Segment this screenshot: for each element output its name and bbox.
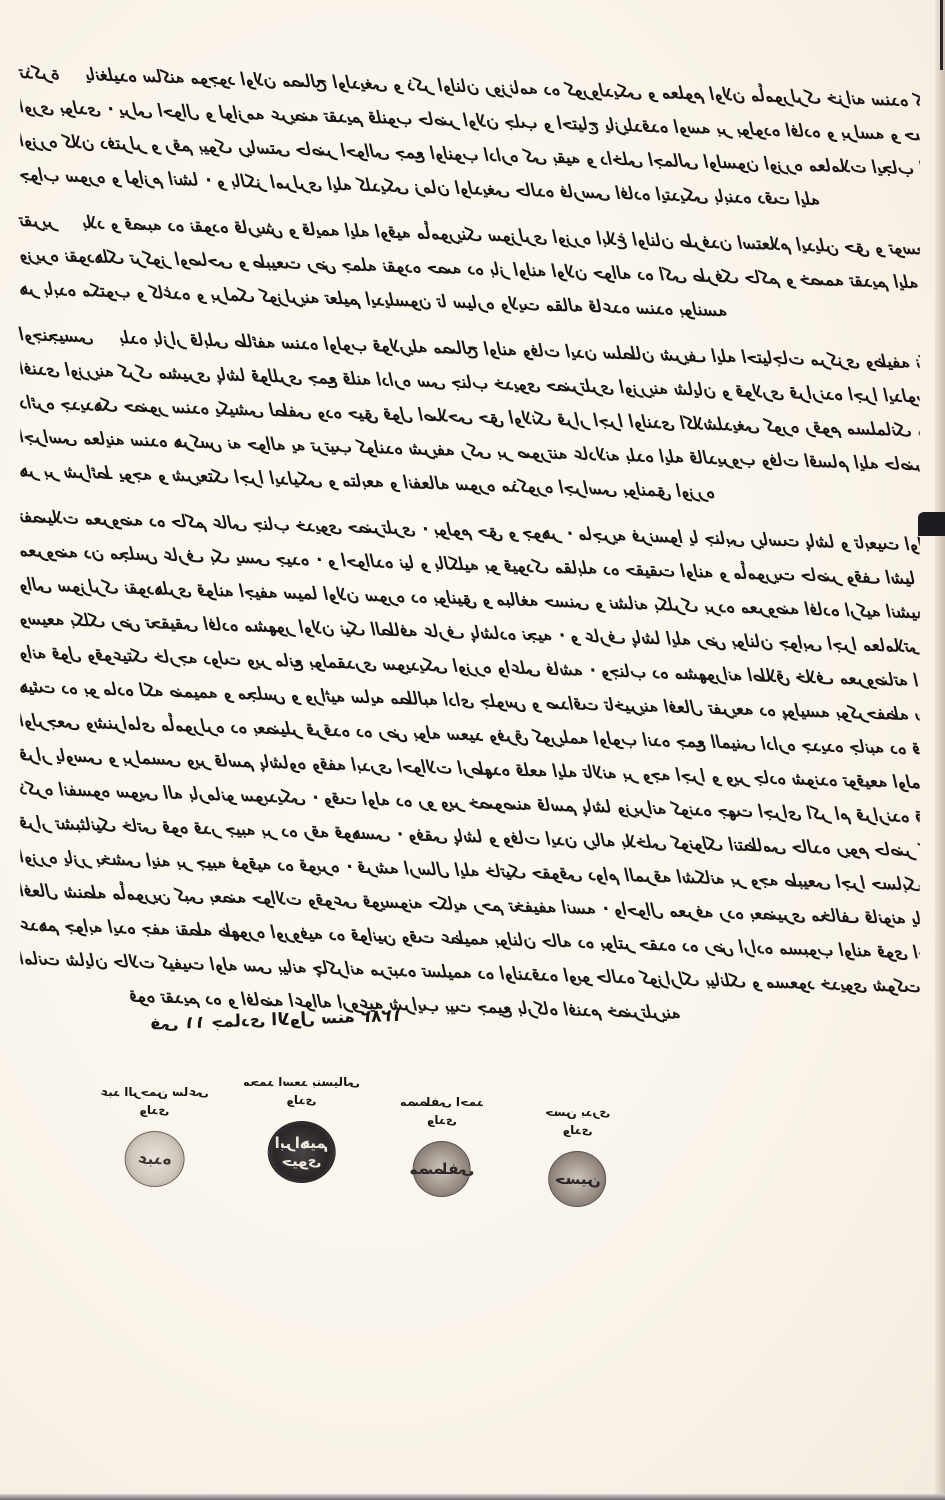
signatory-title: ولدی xyxy=(545,1123,610,1137)
page-bottom-edge xyxy=(0,1494,945,1500)
signatory-name: حسن بدری xyxy=(545,1105,610,1119)
seals-row: عبد الرحمن ساعی ولدی عبده محمد اسعد بنسی… xyxy=(0,1075,945,1215)
paragraph-heading: اوجنجیسی xyxy=(20,318,95,354)
paragraph-1: تذكرة یانغلیده ساکنه موجود اولان مصالح ا… xyxy=(20,70,920,206)
signatory-title: ولدی xyxy=(100,1103,209,1117)
seal-block-1: عبد الرحمن ساعی ولدی عبده xyxy=(100,1085,209,1187)
signatory-name: محمد اسعد بنسیالی xyxy=(243,1075,360,1089)
edge-dark-strip xyxy=(940,0,943,70)
page-right-edge xyxy=(935,0,945,1500)
seal-stamp-icon: عبده xyxy=(124,1131,184,1187)
paragraph-4: تفصیلات معروضه ده حاکم عالی جناب خدیوی ح… xyxy=(20,514,920,1024)
document-body: تذكرة یانغلیده ساکنه موجود اولان مصالح ا… xyxy=(20,70,920,1036)
paragraph-2: تقرير بلاد و قصبه ده نقوده قاریش و قایمه… xyxy=(20,218,920,320)
signatory-title: ولدی xyxy=(400,1113,484,1127)
seal-stamp-icon: حسین xyxy=(549,1151,607,1207)
seal-stamp-icon: مصطفی xyxy=(413,1141,471,1197)
seal-block-3: مصطفی احمد ولدی مصطفی xyxy=(400,1095,484,1197)
paragraph-heading: تقرير xyxy=(20,204,58,239)
signatory-title: ولدی xyxy=(243,1093,360,1107)
signatory-name: مصطفی احمد xyxy=(400,1095,484,1109)
binding-tab-mark xyxy=(918,512,945,536)
seal-block-4: حسن بدری ولدی حسین xyxy=(545,1105,610,1207)
seal-block-2: محمد اسعد بنسیالی ولدی ابراهیم حیوی xyxy=(243,1075,360,1183)
seal-stamp-icon: ابراهیم حیوی xyxy=(267,1121,335,1183)
signatory-name: عبد الرحمن ساعی xyxy=(100,1085,209,1099)
paragraph-3: اوجنجیسی بلده بازار قابلی طائفه سنده اول… xyxy=(20,332,920,502)
paragraph-heading: تذكرة xyxy=(20,56,61,91)
